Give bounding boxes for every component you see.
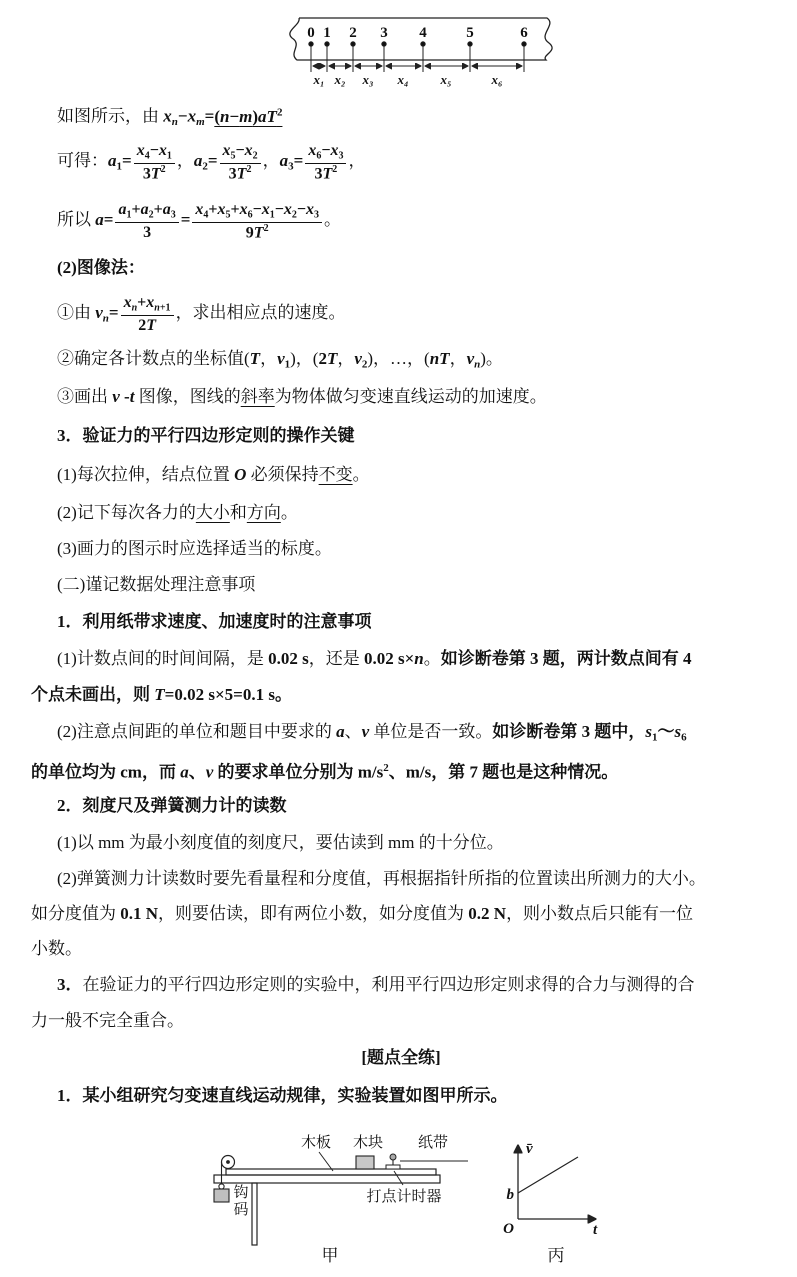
x-axis-label: t: [593, 1222, 598, 1238]
figures-row: 木板 木块 纸带 打点计时器 钩 码 甲 v̄ b O t 丙: [0, 1127, 797, 1277]
hook-icon: [219, 1184, 224, 1189]
tape-label: 纸带: [418, 1134, 448, 1151]
y-axis-label: v̄: [526, 1141, 533, 1157]
weights-label-char1: 钩: [233, 1184, 248, 1201]
tape-point-dots: [309, 42, 526, 46]
fraction: x4+x5+x6−x1−x2−x39T2: [192, 200, 322, 242]
pulley-axle: [227, 1161, 230, 1164]
figure-jia-caption: 甲: [322, 1246, 339, 1265]
tape-point-numbers: 0 1 2 3 4 5 6: [307, 25, 528, 41]
tape-figure: 0 1 2 3 4 5 6 x₁ x₂ x₃ x₄ x₅ x₆: [0, 0, 797, 92]
step1-velocity-formula: ①由 vn=xn+xn+12T，求出相应点的速度。: [31, 286, 771, 340]
reading-ruler: (1)以 mm 为最小刻度值的刻度尺，要估读到 mm 的十分位。: [31, 825, 771, 861]
document-page: 0 1 2 3 4 5 6 x₁ x₂ x₃ x₄ x₅ x₆ 如图所示，由 x…: [0, 0, 797, 1277]
svg-text:x₁: x₁: [312, 72, 324, 87]
wood-board: [226, 1169, 436, 1175]
fraction: x6−x33T2: [305, 141, 346, 183]
fraction: x4−x13T2: [134, 141, 175, 183]
timer-label: 打点计时器: [366, 1187, 441, 1205]
point3-scale: (3)画力的图示时应选择适当的标度。: [31, 531, 771, 567]
figure-bing-caption: 丙: [548, 1246, 565, 1265]
document-body: 如图所示，由 xn−xm=(n−m)aT2可得：a1=x4−x13T2，a2=x…: [0, 92, 797, 1115]
heading-readings: 2．刻度尺及弹簧测力计的读数: [31, 787, 771, 825]
heading-graph-method: (2)图像法：: [31, 250, 771, 286]
svg-text:x₅: x₅: [439, 72, 451, 87]
section-data-processing: (二)谨记数据处理注意事项: [31, 567, 771, 603]
svg-text:x₃: x₃: [361, 72, 373, 87]
note2-continued: 的单位均为 cm，而 a、v 的要求单位分别为 m/s2、m/s，第 7 题也是…: [31, 750, 771, 787]
heading-tape-notes: 1．利用纸带求速度、加速度时的注意事项: [31, 603, 771, 640]
board-leader-line: [319, 1152, 333, 1171]
tape-ticks: [311, 44, 524, 72]
tape-interval-labels: x₁ x₂ x₃ x₄ x₅ x₆: [312, 72, 503, 87]
step3-slope: ③画出 v -t 图像，图线的斜率为物体做匀变速直线运动的加速度。: [31, 378, 771, 416]
point1-node-position: (1)每次拉伸，结点位置 O 必须保持不变。: [31, 456, 771, 494]
weights-label-char2: 码: [233, 1201, 248, 1218]
graph-line: [518, 1157, 578, 1193]
timer-knob: [390, 1154, 396, 1160]
board-label: 木板: [301, 1133, 331, 1151]
hanging-weight: [214, 1189, 229, 1202]
note1-continued: 个点未画出，则 T=0.02 s×5=0.1 s。: [31, 677, 771, 713]
section-practice-title: [题点全练]: [31, 1039, 771, 1077]
block-label: 木块: [353, 1134, 383, 1151]
note3-parallelogram: 3．在验证力的平行四边形定则的实验中，利用平行四边形定则求得的合力与测得的合: [31, 966, 771, 1003]
note2-units: (2)注意点间距的单位和题目中要求的 a、v 单位是否一致。如诊断卷第 3 题中…: [31, 713, 771, 750]
svg-text:1: 1: [323, 25, 331, 41]
origin-label: O: [503, 1221, 514, 1237]
intercept-label: b: [507, 1187, 515, 1203]
tape-diagram: 0 1 2 3 4 5 6 x₁ x₂ x₃ x₄ x₅ x₆: [283, 10, 563, 90]
step2-coordinates: ②确定各计数点的坐标值(T，v1)，(2T，v2)，…，(nT，vn)。: [31, 340, 771, 378]
fraction: xn+xn+12T: [121, 293, 174, 335]
svg-text:0: 0: [307, 25, 315, 41]
note1-time-interval: (1)计数点间的时间间隔，是 0.02 s，还是 0.02 s×n。如诊断卷第 …: [31, 640, 771, 677]
svg-text:x₄: x₄: [396, 72, 408, 87]
figure-bing-graph: v̄ b O t 丙: [486, 1127, 662, 1277]
svg-text:6: 6: [520, 25, 528, 41]
reading-spring-scale-cont: 如分度值为 0.1 N，则要估读，即有两位小数，如分度值为 0.2 N，则小数点…: [31, 896, 771, 931]
svg-text:x₆: x₆: [490, 72, 503, 87]
reading-spring-scale-end: 小数。: [31, 931, 771, 966]
figure-jia-apparatus: 木板 木块 纸带 打点计时器 钩 码 甲: [188, 1127, 488, 1277]
acceleration-formulas-line: 可得：a1=x4−x13T2，a2=x5−x23T2，a3=x6−x33T2，: [31, 132, 771, 190]
table-leg: [252, 1183, 257, 1245]
heading-parallelogram-key: 3．验证力的平行四边形定则的操作关键: [31, 416, 771, 456]
svg-text:2: 2: [349, 25, 357, 41]
fraction: x5−x23T2: [220, 141, 261, 183]
point2-record-forces: (2)记下每次各力的大小和方向。: [31, 494, 771, 531]
reading-spring-scale: (2)弹簧测力计读数时要先看量程和分度值，再根据指针所指的位置读出所测力的大小。: [31, 861, 771, 896]
svg-text:x₂: x₂: [333, 72, 345, 87]
fraction: a1+a2+a33: [115, 200, 178, 242]
svg-text:4: 4: [419, 25, 427, 41]
problem1-statement: 1．某小组研究匀变速直线运动规律，实验装置如图甲所示。: [31, 1077, 771, 1115]
svg-text:5: 5: [466, 25, 474, 41]
svg-text:3: 3: [380, 25, 388, 41]
timer-base: [386, 1165, 400, 1169]
intro-formula-line: 如图所示，由 xn−xm=(n−m)aT2: [31, 92, 771, 132]
note3-continued: 力一般不完全重合。: [31, 1003, 771, 1039]
wood-block: [356, 1156, 374, 1169]
average-acceleration-line: 所以 a=a1+a2+a33=x4+x5+x6−x1−x2−x39T2。: [31, 190, 771, 250]
table-top: [214, 1175, 440, 1183]
